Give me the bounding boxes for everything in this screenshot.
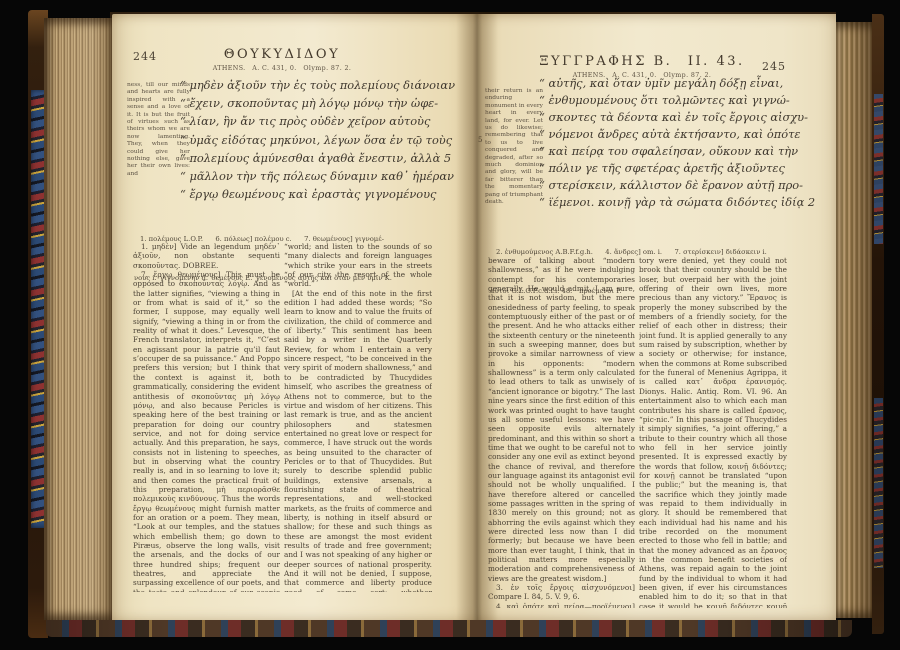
greek-line: “ ὑμᾶς εἰδότας μηκύνοι, λέγων ὅσα ἐν τῷ … bbox=[180, 133, 438, 151]
marbled-board-right-bottom bbox=[874, 398, 883, 568]
page-edges-bottom bbox=[46, 620, 852, 637]
open-book: 244 ΘΟΥΚΥΔΙΔΟΥ ATHENS. A. C. 431, 0. Oly… bbox=[28, 8, 884, 642]
greek-line: “ αὐτῆς, καὶ ὅταν ὑμῖν μεγάλη δόξῃ εἶναι… bbox=[539, 76, 809, 93]
commentary-paragraph: beware of talking about “modern shallown… bbox=[488, 256, 635, 583]
commentary-paragraph: tory were denied, yet they could not bro… bbox=[639, 256, 787, 608]
running-header-left: ATHENS. A. C. 431, 0. Olymp. 87. 2. bbox=[132, 65, 432, 72]
commentary-right-col1: beware of talking about “modern shallown… bbox=[488, 256, 635, 608]
commentary-paragraph: “world; and listen to the sounds of so “… bbox=[284, 242, 432, 289]
marbled-board-right-top bbox=[874, 94, 883, 244]
greek-line: “ πόλιν γε τῆς σφετέρας ἀρετῆς ἀξιοῦντες bbox=[539, 161, 809, 178]
greek-line: “ ἔργῳ θεωμένους καὶ ἐραστὰς γιγνομένους bbox=[180, 187, 438, 205]
greek-line: “ πολεμίους ἀμύνεσθαι ἀγαθὰ ἔνεστιν, ἀλλ… bbox=[180, 151, 438, 169]
commentary-paragraph: [At the end of this note in the first ed… bbox=[284, 289, 432, 592]
commentary-paragraph: 4. καὶ ὁπότε καὶ πείρᾳ—προϊέμενοι] “And … bbox=[488, 602, 635, 608]
commentary-left-col2: “world; and listen to the sounds of so “… bbox=[284, 242, 432, 592]
greek-text-left: “ μηδὲν ἀξιοῦν τὴν ἐς τοὺς πολεμίους διά… bbox=[180, 78, 438, 205]
commentary-paragraph: 3. ἐν τοῖς ἔργοις αἰσχυνόμενοι] Compare … bbox=[488, 583, 635, 602]
greek-line: “ ϊέμενοι. κοινῇ γὰρ τὰ σώματα διδόντες … bbox=[539, 195, 809, 212]
page-edges-left bbox=[44, 18, 112, 620]
greek-line: “ καὶ πείρᾳ του σφαλείησαν, οὔκουν καὶ τ… bbox=[539, 144, 809, 161]
greek-line: “ στερίσκειν, κάλλιστον δὲ ἔρανον αὐτῇ π… bbox=[539, 178, 809, 195]
greek-text-right: “ αὐτῆς, καὶ ὅταν ὑμῖν μεγάλη δόξῃ εἶναι… bbox=[539, 76, 809, 212]
photo-background: 244 ΘΟΥΚΥΔΙΔΟΥ ATHENS. A. C. 431, 0. Oly… bbox=[0, 0, 900, 650]
greek-line: “ ἐνθυμουμένους ὅτι τολμῶντες καὶ γιγνώ- bbox=[539, 93, 809, 110]
greek-line: “ ἔχειν, σκοποῦντας μὴ λόγῳ μόνῳ τὴν ὠφε… bbox=[180, 96, 438, 114]
page-right: ΞΥΓΓΡΑΦΗΣ Β. II. 43. 245 ATHENS. A. C. 4… bbox=[477, 14, 836, 620]
greek-line: “ λίαν, ἣν ἄν τις πρὸς οὐδὲν χεῖρον αὐτο… bbox=[180, 114, 438, 132]
commentary-paragraph: 7. ἔργῳ θεωμένους] This must be opposed … bbox=[133, 270, 280, 592]
greek-line: “ μηδὲν ἀξιοῦν τὴν ἐς τοὺς πολεμίους διά… bbox=[180, 78, 438, 96]
greek-line: “ νόμενοι ἄνδρες αὐτὰ ἐκτήσαντο, καὶ ὁπό… bbox=[539, 127, 809, 144]
greek-line: “ σκοντες τὰ δέοντα καὶ ἐν τοῖς ἔργοις α… bbox=[539, 110, 809, 127]
page-left: 244 ΘΟΥΚΥΔΙΔΟΥ ATHENS. A. C. 431, 0. Oly… bbox=[112, 14, 477, 622]
running-title-right: ΞΥΓΓΡΑΦΗΣ Β. II. 43. bbox=[517, 54, 767, 69]
margin-note-right: their return is an enduring monument in … bbox=[485, 88, 543, 207]
page-edges-right bbox=[834, 22, 876, 618]
greek-line: “ μᾶλλον τὴν τῆς πόλεως δύναμιν καθ᾽ ἡμέ… bbox=[180, 169, 438, 187]
commentary-right-col2: tory were denied, yet they could not bro… bbox=[639, 256, 787, 608]
commentary-paragraph: 1. μηδὲν] Vide an legendum μηδέν᾽ ἀξιοῦν… bbox=[133, 242, 280, 270]
running-title-left: ΘΟΥΚΥΔΙΔΟΥ bbox=[132, 47, 432, 62]
commentary-left-col1: 1. μηδὲν] Vide an legendum μηδέν᾽ ἀξιοῦν… bbox=[133, 242, 280, 592]
section-number-margin: 5 bbox=[478, 136, 482, 144]
